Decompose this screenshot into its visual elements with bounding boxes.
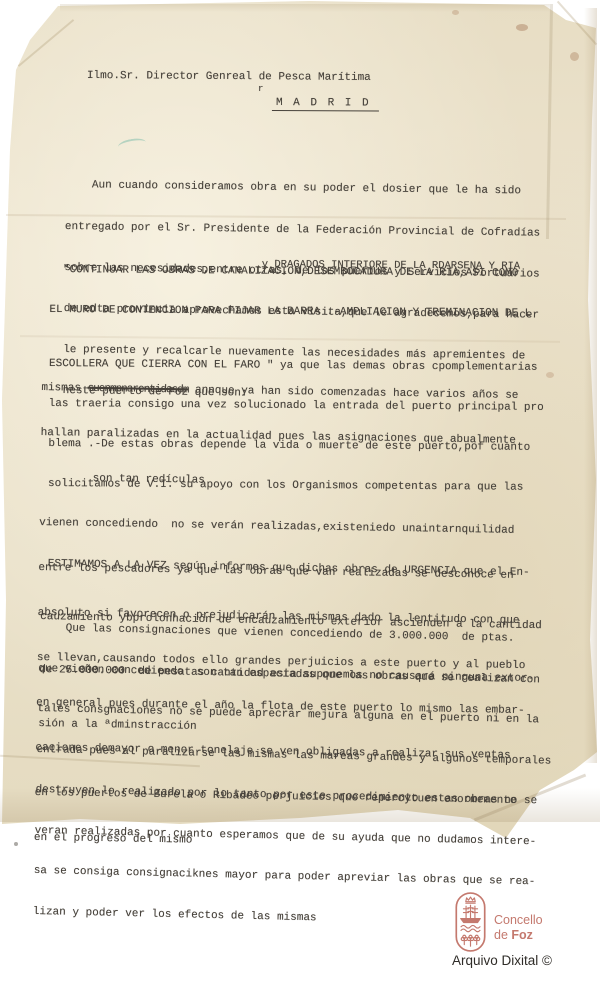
document-line: destruyen lo realizado por lo tanto por … [35, 784, 550, 809]
document-line: sa se consiga consignaciknes mayor para … [34, 865, 549, 890]
org-name-line2: de Foz [494, 928, 543, 943]
logo-wordmark: Concello de Foz [494, 913, 543, 942]
ship-icon [461, 905, 481, 922]
org-name-de: de [494, 928, 511, 942]
city-line: M A D R I D [272, 97, 379, 112]
interline-insertion: son tan redículas [40, 471, 529, 494]
trees-icon [461, 935, 480, 946]
scanned-letter-page: { "colors":{"paper":"#e9e0c9","ink":"#46… [0, 0, 600, 988]
strikethrough-text: suenmpnarentidasdm [87, 383, 188, 397]
archive-credit: Arquivo Dixital © [452, 953, 552, 968]
document-line-with-strikeout: mismas suenmpnarentidasdm annque ya han … [41, 381, 530, 404]
document-line: Que las consignaciones que vienen conced… [39, 622, 554, 647]
document-line: EL MURO DE CONTENCION PARA FIJAR LA BARR… [49, 304, 544, 321]
document-line: que vieñen concediendo son tan espaciada… [38, 662, 553, 687]
waves-icon [461, 925, 480, 931]
document-line: entrada pues al paralizarse las mismas l… [36, 743, 551, 768]
foz-crest-icon [455, 892, 486, 952]
addressee-line: Ilmo.Sr. Director Genreal de Pesca Marít… [87, 70, 371, 84]
line-suffix: annque ya han sido comenzadas hace vario… [188, 384, 518, 401]
org-name-line1: Concello [494, 913, 543, 928]
line-prefix: mismas [41, 382, 87, 395]
document-line: tales consgnaciones no se puede aprecrar… [37, 703, 552, 728]
org-name-foz: Foz [511, 928, 533, 942]
crown-icon [466, 897, 475, 903]
stray-typed-character: r [258, 84, 263, 94]
paper-stain [14, 842, 18, 846]
interline-insertion: y DRAGADOS INTERIORE DE LA RDARSENA Y RI… [262, 259, 520, 274]
document-line: hallan paralizadas en la actualidad pues… [41, 426, 530, 449]
document-line: ESTIMAMOS A LA VEZ según informes que di… [41, 556, 543, 583]
document-line: Aun cuando consideramos obra en su poder… [65, 179, 540, 199]
concello-de-foz-logo [455, 892, 486, 952]
document-line: veran realizadas por cuanto esperamos qu… [34, 824, 549, 849]
